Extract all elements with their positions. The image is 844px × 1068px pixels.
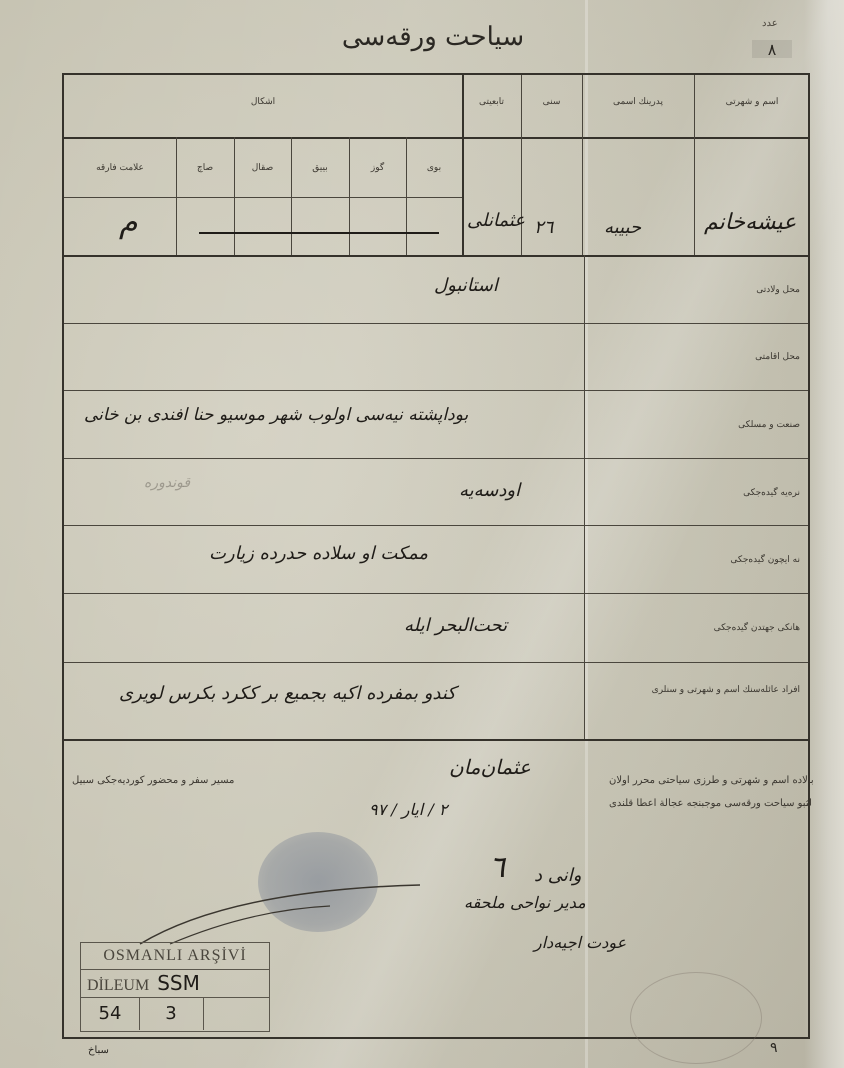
- archive-stamp-cells: 54 3: [81, 997, 269, 1030]
- top-mark-value: ٨: [752, 40, 792, 58]
- archive-stamp-cell-box: 54: [81, 997, 140, 1030]
- sub-label-mustache: بییق: [291, 163, 349, 173]
- archive-stamp-title: OSMANLI ARŞİVİ: [81, 943, 269, 970]
- row-value-destination: اودسه‌یه: [459, 480, 520, 501]
- row-value-purpose: ممكت او سلاده حدرده زیارت: [209, 543, 428, 564]
- footer-left-mark: سباخ: [88, 1045, 109, 1056]
- header-label-father: پدرینك اسمی: [582, 97, 694, 107]
- archive-stamp-cell-empty: [203, 997, 269, 1030]
- header-label-features: اشكال: [64, 97, 462, 107]
- sub-label-hair: صاچ: [176, 163, 234, 173]
- row-label-destination: نره‌یه گیده‌جكی: [743, 488, 800, 498]
- sub-col-divider: [349, 137, 350, 255]
- value-features-dash: [199, 232, 439, 234]
- archive-stamp: OSMANLI ARŞİVİ DİLEUM SSM 54 3: [80, 942, 270, 1032]
- signature-flourish: [130, 880, 430, 950]
- archive-stamp-cell-folder: 3: [139, 997, 204, 1030]
- header-bottom-divider: [64, 255, 808, 257]
- archive-stamp-collection-label: DİLEUM: [87, 977, 149, 994]
- row-note-destination: قوندوره: [144, 475, 190, 491]
- signature-line-1: وانی د: [534, 865, 581, 886]
- sub-col-divider: [291, 137, 292, 255]
- body-bottom-divider: [64, 739, 808, 741]
- signature-mark: ٦: [489, 850, 505, 885]
- value-father: حبيبه: [604, 217, 641, 238]
- declaration-line-1: بالاده اسم و شهرتی و طرزی سیاحتی محرر او…: [609, 775, 814, 786]
- value-marks: م: [119, 205, 138, 240]
- sub-label-beard: صقال: [234, 163, 291, 173]
- row-value-route: تحت‌البحر ايله: [404, 615, 507, 636]
- archive-stamp-collection-value: SSM: [157, 971, 200, 995]
- row-divider: [64, 323, 808, 324]
- sub-label-marks: علامت فارقه: [64, 163, 176, 173]
- declaration-line-2: لثبو سیاحت ورقه‌سی موجبنجه عجالة اعطا قل…: [609, 798, 812, 809]
- sub-label-height: بوی: [406, 163, 462, 173]
- row-label-occupation: صنعت و مسلكی: [738, 420, 800, 430]
- row-divider: [64, 458, 808, 459]
- declaration-left-note: مسیر سفر و محضور کوردیه‌جکی سبیل: [72, 775, 234, 786]
- row-label-route: هانكی جهتدن گیده‌جكی: [714, 623, 800, 633]
- signature-line-3: عودت اجیه‌دار: [534, 933, 626, 952]
- row-divider: [64, 593, 808, 594]
- faded-seal: [630, 972, 762, 1064]
- document-title: سياحت ورقه‌سی: [318, 22, 548, 52]
- row-divider: [64, 390, 808, 391]
- value-origin: عثمانلی: [467, 210, 525, 231]
- row-label-family: افراد عائله‌سنك اسم و شهرتی و سنلری: [600, 685, 800, 695]
- row-value-family: كندو بمفرده اکیه بجمیع بر ککرد بکرس لویر…: [119, 683, 456, 704]
- row-value-birthplace: استانبول: [434, 275, 498, 296]
- sub-label-eyes: گوز: [349, 163, 406, 173]
- top-mark-number-label: عدد: [762, 18, 778, 29]
- value-age: ٢٦: [534, 217, 553, 238]
- sub-col-divider: [234, 137, 235, 255]
- row-divider: [64, 525, 808, 526]
- row-label-purpose: نه ایچون گیده‌جكی: [730, 555, 800, 565]
- declaration-handwritten-name: عثمان‌مان: [449, 755, 531, 779]
- signature-line-2: مدیر نواحی ملحقه: [464, 893, 586, 912]
- header-label-age: سنی: [521, 97, 582, 107]
- header-label-name: اسم و شهرتی: [694, 97, 810, 107]
- footer-right-mark: ٩: [770, 1040, 778, 1056]
- row-label-birthplace: محل ولادتی: [756, 285, 800, 295]
- declaration-handwritten-date: ٢ / ایار / ٩٧: [369, 800, 447, 819]
- row-label-residence: محل اقامتی: [755, 352, 800, 362]
- header-label-origin: تابعیتی: [462, 97, 521, 107]
- row-divider: [64, 662, 808, 663]
- row-value-occupation: بوداپشته نیه‌سی اولوب شهر موسیو حنا افند…: [84, 405, 468, 425]
- paper-edge: [804, 0, 844, 1068]
- sub-col-divider: [406, 137, 407, 255]
- value-name: عيشه‌خانم: [704, 210, 796, 235]
- sub-col-divider: [176, 137, 177, 255]
- features-subrow-divider: [64, 197, 462, 198]
- body-label-divider: [584, 255, 585, 740]
- archive-stamp-collection: DİLEUM SSM: [81, 969, 269, 998]
